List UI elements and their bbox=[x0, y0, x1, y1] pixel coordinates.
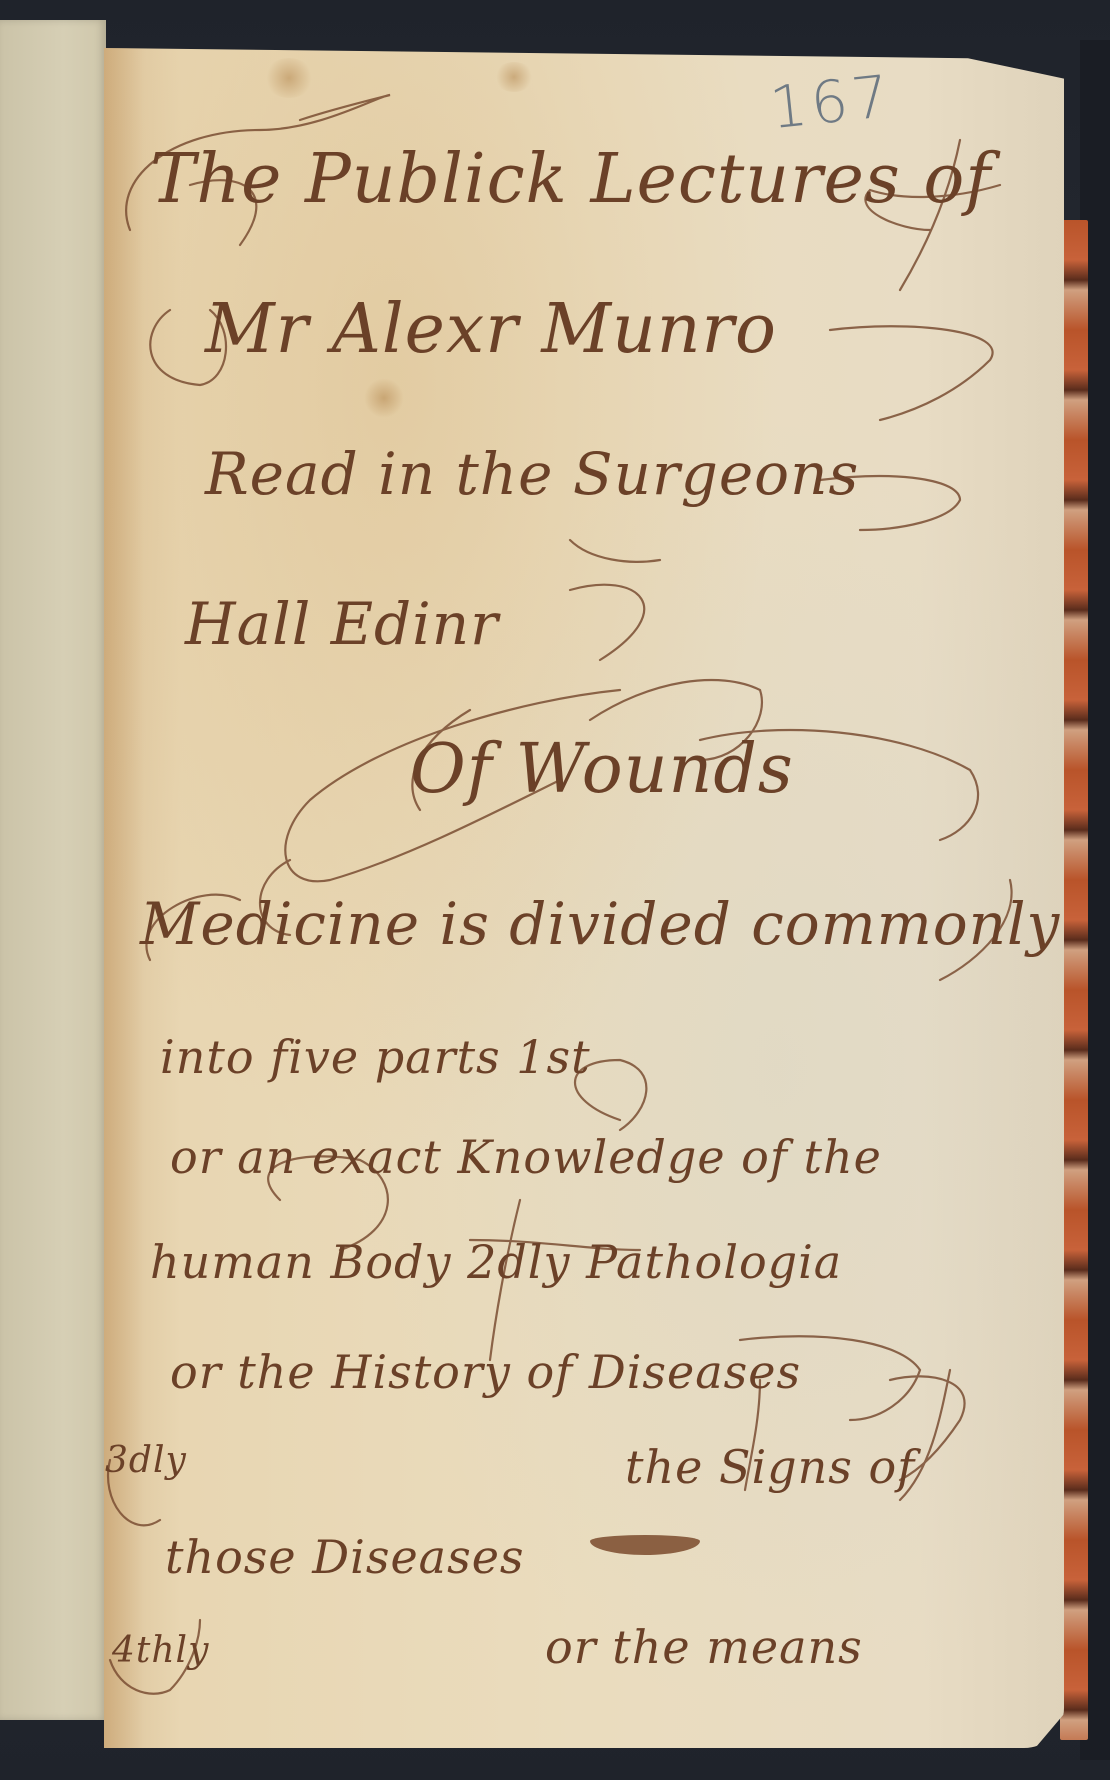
margin-note-4thly: 4thly bbox=[112, 1630, 209, 1671]
body-line-5: or the History of Diseases bbox=[170, 1345, 801, 1399]
blank-endpaper bbox=[0, 20, 106, 1720]
photo-scene: 167 The Publick Lectures of Mr Alexr Mun… bbox=[0, 0, 1110, 1780]
body-line-8: or the means bbox=[545, 1620, 863, 1674]
body-line-6: the Signs of bbox=[625, 1440, 915, 1494]
body-line-3: or an exact Knowledge of the bbox=[170, 1130, 882, 1184]
body-line-2: into five parts 1st bbox=[160, 1030, 591, 1084]
title-line-1: The Publick Lectures of bbox=[150, 140, 991, 219]
title-line-2: Mr Alexr Munro bbox=[205, 290, 777, 369]
shelfmark-number: 167 bbox=[767, 62, 896, 142]
marbled-spine-edge bbox=[1060, 220, 1088, 1740]
foxing-stain bbox=[264, 58, 314, 98]
foxing-stain bbox=[364, 378, 404, 418]
title-line-3: Read in the Surgeons bbox=[205, 440, 859, 508]
heading-of-wounds: Of Wounds bbox=[410, 730, 794, 809]
margin-note-3dly: 3dly bbox=[105, 1440, 187, 1481]
body-line-7: those Diseases bbox=[165, 1530, 525, 1584]
title-line-4: Hall Edinr bbox=[185, 590, 499, 658]
body-line-1: Medicine is divided commonly bbox=[140, 890, 1060, 958]
body-line-4: human Body 2dly Pathologia bbox=[150, 1235, 842, 1289]
foxing-stain bbox=[494, 62, 534, 92]
